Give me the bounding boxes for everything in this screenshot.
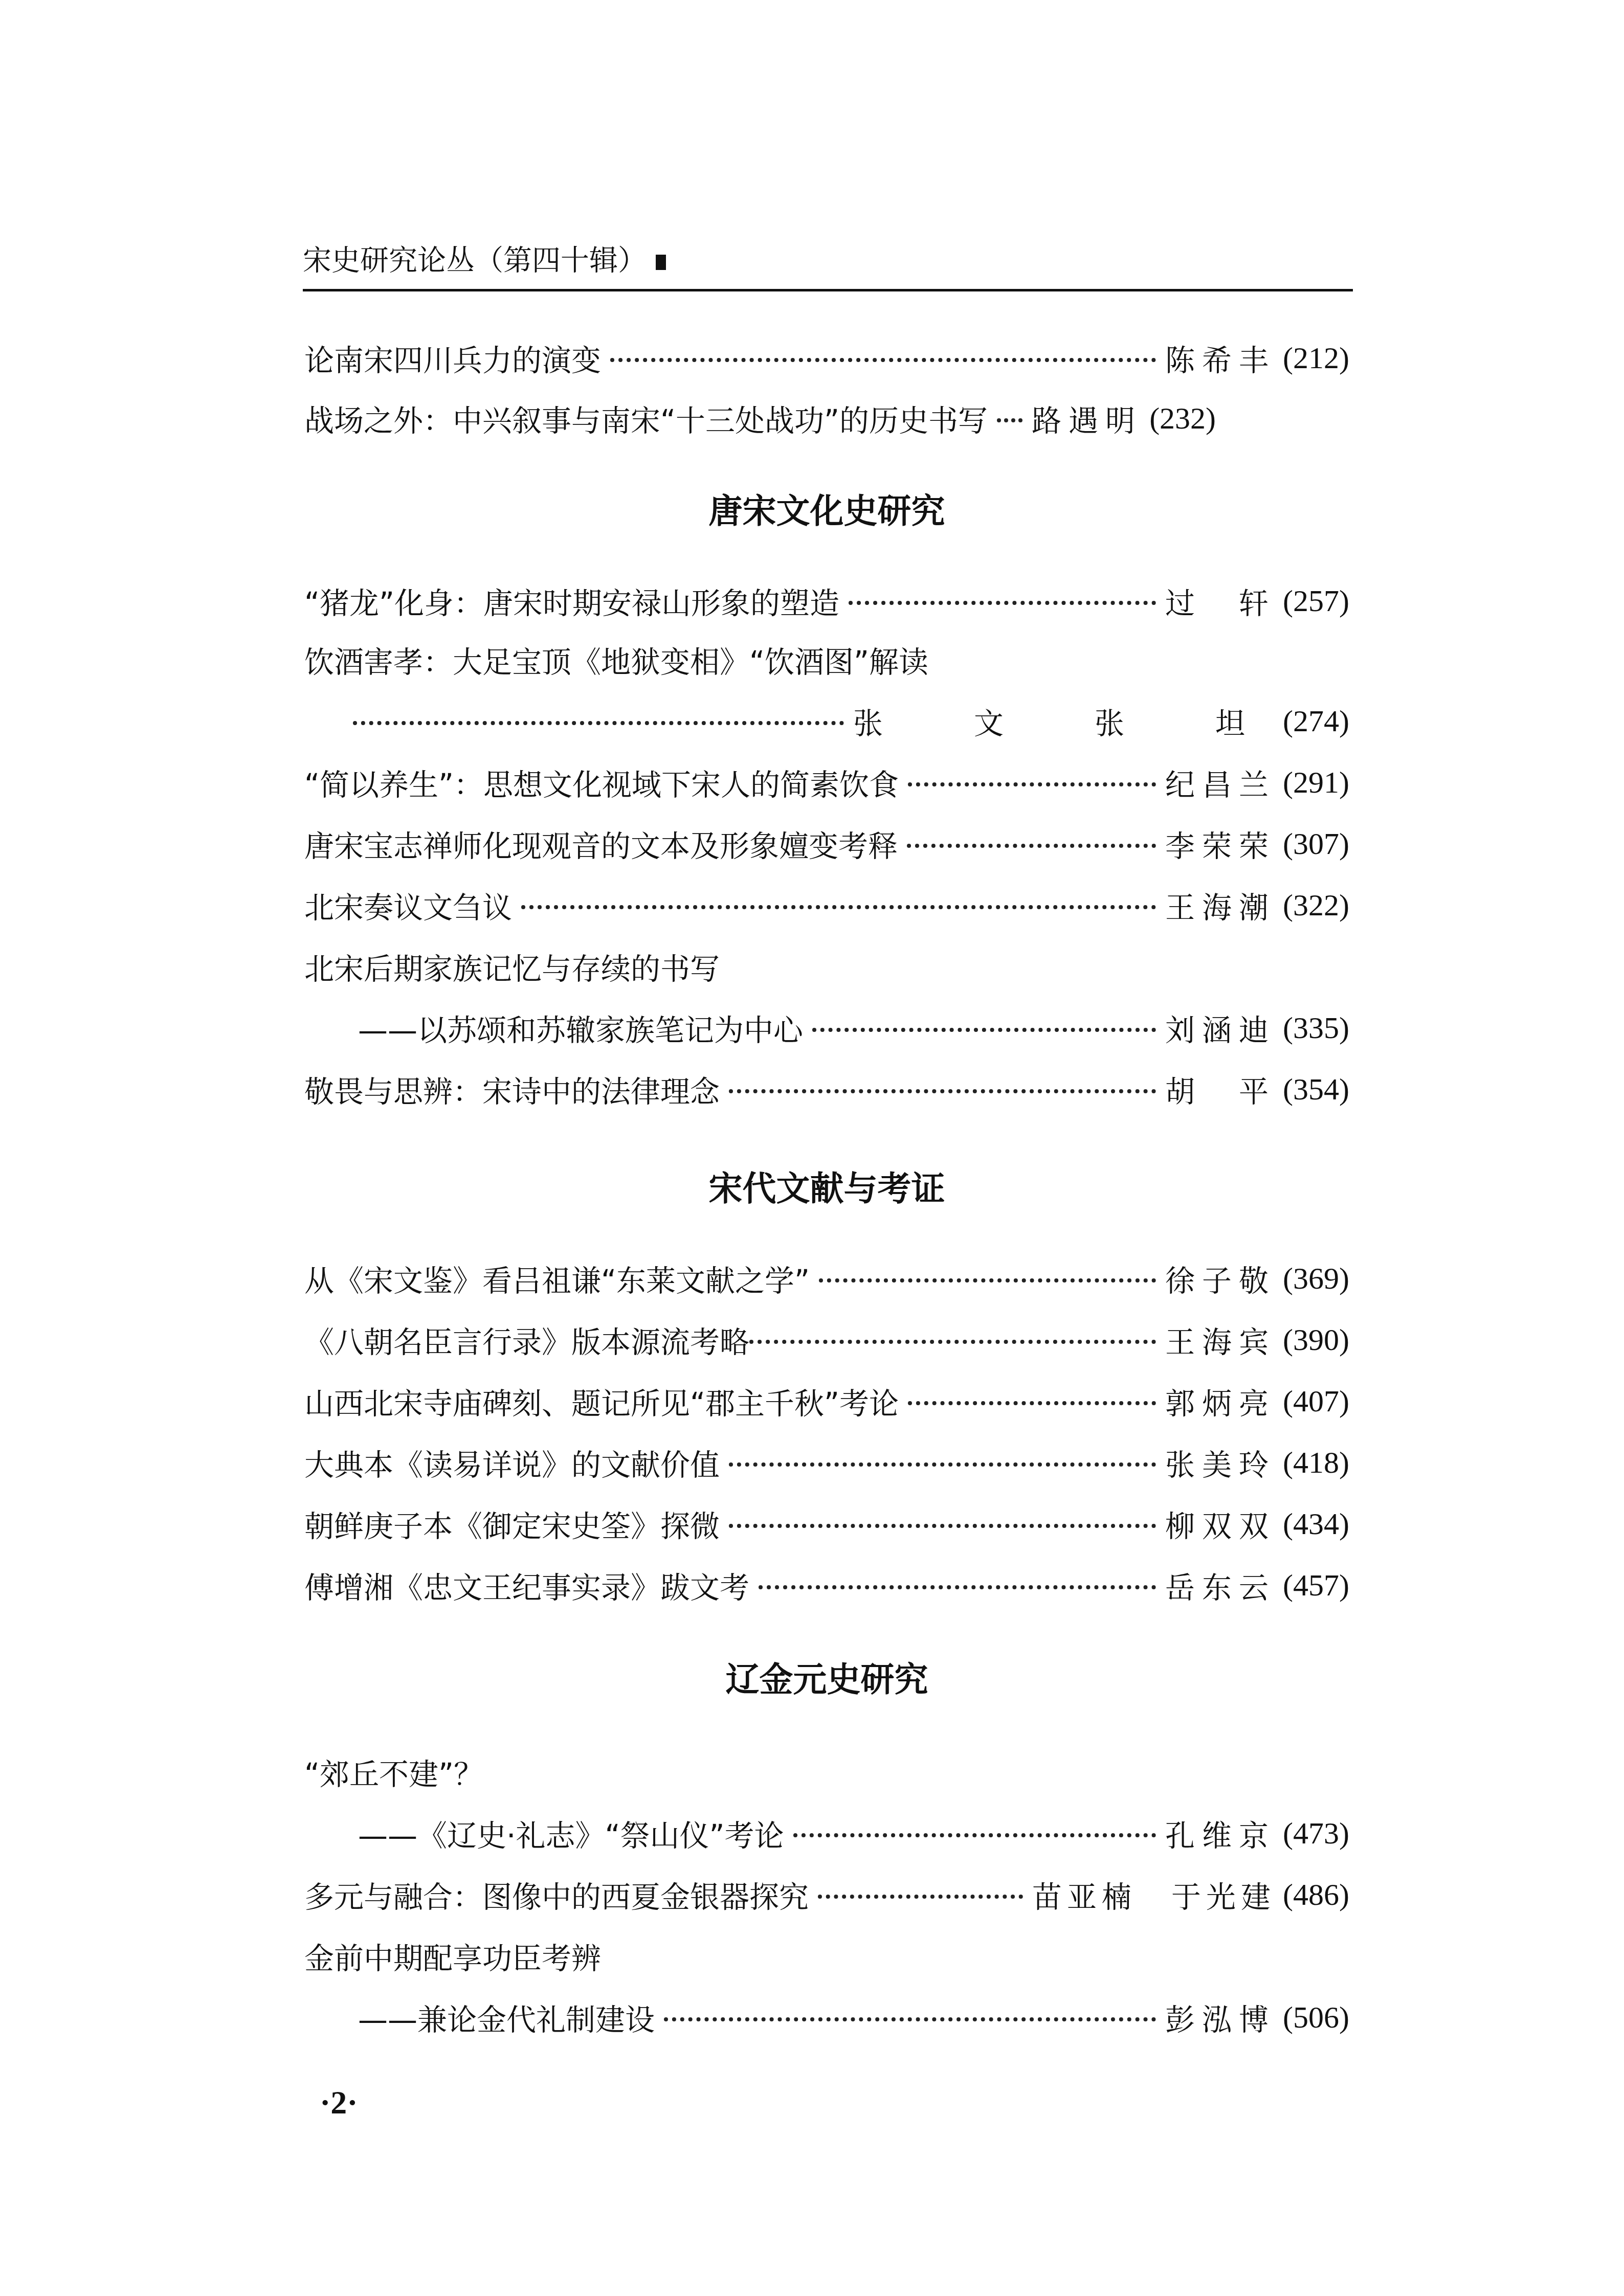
entry-page: (486) (1283, 1877, 1349, 1912)
toc-entry[interactable]: 《八朝名臣言行录》版本源流考略 王海宾 (390) (304, 1314, 1349, 1365)
toc-entry-subtitle-line[interactable]: ——以苏颂和苏辙家族笔记为中心 刘涵迪 (335) (304, 1002, 1349, 1053)
toc-entry-subtitle-line[interactable]: ——《辽史·礼志》“祭山仪”考论 孔维京 (473) (304, 1808, 1349, 1859)
entry-author: 张美玲 (1165, 1441, 1276, 1484)
entry-subtitle: ——兼论金代礼制建设 (304, 1996, 655, 2039)
toc-entry[interactable]: “简以养生”：思想文化视域下宋人的简素饮食 纪昌兰 (291) (304, 757, 1349, 808)
entry-page: (291) (1283, 765, 1349, 800)
entry-title: 战场之外：中兴叙事与南宋“十三处战功”的历史书写 (304, 397, 988, 440)
entry-author: 李荣荣 (1165, 822, 1276, 865)
entry-title: 北宋奏议文刍议 (304, 884, 512, 927)
leader-dots (759, 1575, 1156, 1589)
entry-subtitle: ——《辽史·礼志》“祭山仪”考论 (304, 1812, 784, 1855)
toc-entry[interactable]: 唐宋宝志禅师化现观音的文本及形象嬗变考释 李荣荣 (307) (304, 818, 1349, 869)
entry-page: (232) (1149, 401, 1216, 436)
entry-author: 柳双双 (1165, 1502, 1276, 1545)
leader-dots (729, 1514, 1156, 1528)
entry-title: 从《宋文鉴》看吕祖谦“东莱文献之学” (304, 1257, 810, 1300)
entry-title: 大典本《读易详说》的文献价值 (304, 1441, 720, 1484)
entry-title: 傅增湘《忠文王纪事实录》跋文考 (304, 1564, 749, 1607)
entry-title: 金前中期配享功臣考辨 (304, 1934, 601, 1977)
leader-dots (521, 895, 1156, 909)
leader-dots (997, 408, 1022, 422)
entry-author: 徐子敬 (1165, 1257, 1276, 1300)
toc-entry-title-line[interactable]: 北宋后期家族记忆与存续的书写 (304, 941, 1349, 992)
leader-dots (818, 1884, 1023, 1899)
leader-dots (610, 348, 1156, 362)
leader-dots (907, 834, 1156, 848)
section-heading: 宋代文献与考证 (304, 1163, 1349, 1214)
toc-entry[interactable]: 朝鲜庚子本《御定宋史筌》探微 柳双双 (434) (304, 1498, 1349, 1549)
entry-page: (335) (1283, 1010, 1349, 1046)
toc-entry-title-line[interactable]: “郊丘不建”？ (304, 1746, 1349, 1797)
leader-dots (664, 2007, 1156, 2021)
entry-author: 刘涵迪 (1165, 1006, 1276, 1049)
leader-dots (793, 1823, 1156, 1837)
entry-title: 朝鲜庚子本《御定宋史筌》探微 (304, 1502, 720, 1545)
toc-entry[interactable]: 大典本《读易详说》的文献价值 张美玲 (418) (304, 1437, 1349, 1488)
entry-page: (506) (1283, 2000, 1349, 2035)
entry-author: 苗亚楠 于光建 (1032, 1873, 1276, 1916)
entry-author: 彭泓博 (1165, 1996, 1276, 2039)
entry-title: 敬畏与思辨：宋诗中的法律理念 (304, 1068, 720, 1111)
entry-page: (473) (1283, 1816, 1349, 1851)
running-header-title: 宋史研究论丛（第四十辑） (303, 244, 647, 277)
toc-entry[interactable]: 北宋奏议文刍议 王海潮 (322) (304, 880, 1349, 931)
leader-dots (353, 711, 844, 725)
leader-dots (749, 1330, 1156, 1344)
toc-entry[interactable]: 山西北宋寺庙碑刻、题记所见“郡主千秋”考论 郭炳亮 (407) (304, 1376, 1349, 1427)
entry-title: 唐宋宝志禅师化现观音的文本及形象嬗变考释 (304, 822, 898, 865)
leader-dots (729, 1452, 1156, 1467)
entry-title: “简以养生”：思想文化视域下宋人的简素饮食 (304, 761, 899, 804)
entry-page: (369) (1283, 1261, 1349, 1296)
entry-author: 胡 平 (1165, 1068, 1276, 1111)
entry-author: 纪昌兰 (1165, 761, 1276, 804)
section-heading: 辽金元史研究 (304, 1654, 1349, 1705)
entry-author: 路遇明 (1032, 397, 1142, 440)
entry-title: 论南宋四川兵力的演变 (304, 336, 601, 379)
entry-author: 张 文 张 坦 (853, 700, 1276, 742)
toc-entry-subtitle-line[interactable]: ——兼论金代礼制建设 彭泓博 (506) (304, 1992, 1349, 2043)
entry-page: (257) (1283, 583, 1349, 619)
page-number: ·2· (320, 2084, 358, 2122)
toc-entry[interactable]: 多元与融合：图像中的西夏金银器探究 苗亚楠 于光建 (486) (304, 1869, 1349, 1920)
entry-page: (274) (1283, 704, 1349, 739)
header-rule (303, 289, 1353, 291)
entry-page: (434) (1283, 1506, 1349, 1542)
entry-subtitle: ——以苏颂和苏辙家族笔记为中心 (304, 1006, 803, 1049)
toc-entry[interactable]: 傅增湘《忠文王纪事实录》跋文考 岳东云 (457) (304, 1560, 1349, 1611)
toc-entry-title-line[interactable]: 金前中期配享功臣考辨 (304, 1930, 1349, 1982)
toc-entry[interactable]: 战场之外：中兴叙事与南宋“十三处战功”的历史书写 路遇明 (232) (304, 393, 1349, 444)
entry-page: (354) (1283, 1072, 1349, 1107)
entry-author: 过 轩 (1165, 579, 1276, 622)
entry-author: 陈希丰 (1165, 336, 1276, 379)
entry-title: “郊丘不建”？ (304, 1750, 483, 1793)
entry-author: 王海潮 (1165, 884, 1276, 927)
entry-page: (212) (1283, 341, 1349, 376)
running-header: 宋史研究论丛（第四十辑） (303, 240, 666, 281)
entry-page: (322) (1283, 888, 1349, 923)
entry-author: 王海宾 (1165, 1318, 1276, 1361)
leader-dots (729, 1079, 1156, 1093)
toc-entry-title-line[interactable]: 饮酒害孝：大足宝顶《地狱变相》“饮酒图”解读 (304, 634, 1349, 685)
entry-author: 孔维京 (1165, 1812, 1276, 1855)
leader-dots (908, 1391, 1156, 1405)
entry-author: 郭炳亮 (1165, 1380, 1276, 1423)
toc-entry-continuation[interactable]: 张 文 张 坦 (274) (304, 695, 1349, 747)
entry-author: 岳东云 (1165, 1564, 1276, 1607)
square-bullet-icon (656, 255, 666, 270)
entry-title: 《八朝名臣言行录》版本源流考略 (304, 1318, 749, 1361)
section-heading: 唐宋文化史研究 (304, 486, 1349, 537)
leader-dots (819, 1268, 1156, 1282)
entry-title: 多元与融合：图像中的西夏金银器探究 (304, 1873, 809, 1916)
entry-title: “猪龙”化身：唐宋时期安禄山形象的塑造 (304, 579, 839, 622)
entry-page: (457) (1283, 1568, 1349, 1603)
entry-title: 山西北宋寺庙碑刻、题记所见“郡主千秋”考论 (304, 1380, 899, 1423)
entry-title: 饮酒害孝：大足宝顶《地狱变相》“饮酒图”解读 (304, 638, 928, 681)
toc-entry[interactable]: 敬畏与思辨：宋诗中的法律理念 胡 平 (354) (304, 1064, 1349, 1115)
toc-entry[interactable]: 论南宋四川兵力的演变 陈希丰 (212) (304, 332, 1349, 384)
entry-page: (418) (1283, 1445, 1349, 1480)
leader-dots (812, 1018, 1156, 1032)
entry-page: (390) (1283, 1322, 1349, 1358)
leader-dots (849, 591, 1156, 605)
entry-page: (407) (1283, 1384, 1349, 1419)
entry-title: 北宋后期家族记忆与存续的书写 (304, 945, 720, 988)
leader-dots (908, 772, 1156, 786)
toc-entry[interactable]: 从《宋文鉴》看吕祖谦“东莱文献之学” 徐子敬 (369) (304, 1253, 1349, 1304)
entry-page: (307) (1283, 826, 1349, 862)
toc-entry[interactable]: “猪龙”化身：唐宋时期安禄山形象的塑造 过 轩 (257) (304, 575, 1349, 626)
